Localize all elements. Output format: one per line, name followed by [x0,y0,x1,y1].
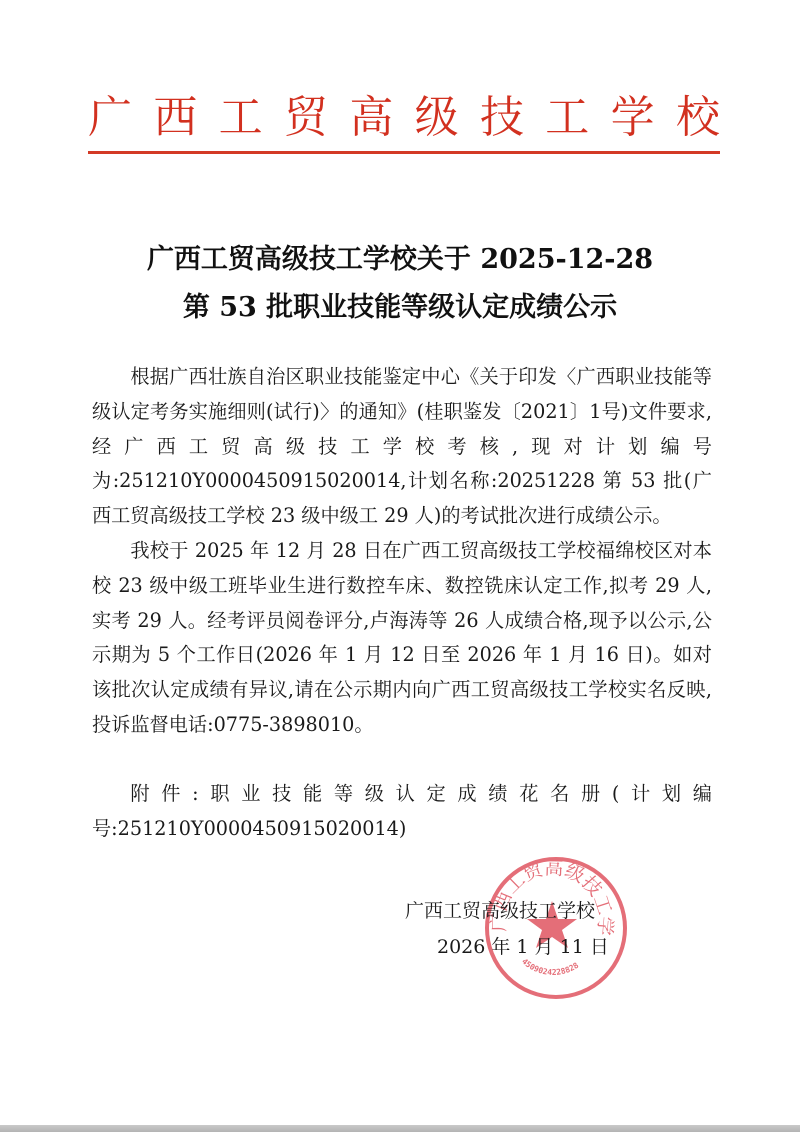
paragraph-details: 我校于 2025 年 12 月 28 日在广西工贸高级技工学校福绵校区对本校 2… [92,534,712,743]
letterhead-char: 高 [349,92,393,144]
letterhead-char: 贸 [284,92,328,144]
letterhead-char: 学 [611,92,655,144]
attachment-note: 附件:职业技能等级认定成绩花名册(计划编号:251210Y00004509150… [92,777,712,847]
letterhead-char: 广 [88,92,132,144]
letterhead-divider [88,151,720,154]
signature-block: 广西工贸高级技工学校 2026 年 1 月 11 日 [405,893,635,965]
title-line-1: 广西工贸高级技工学校关于 2025-12-28 [0,236,800,284]
letterhead-char: 工 [219,92,263,144]
letterhead-char: 技 [480,92,524,144]
document-body: 根据广西壮族自治区职业技能鉴定中心《关于印发〈广西职业技能等级认定考务实施细则(… [92,360,712,846]
letterhead-char: 工 [545,92,589,144]
letterhead-org-name: 广 西 工 贸 高 级 技 工 学 校 [88,92,720,144]
letterhead-char: 级 [415,92,459,144]
document-title: 广西工贸高级技工学校关于 2025-12-28 第 53 批职业技能等级认定成绩… [0,236,800,332]
spacer [92,743,712,777]
scan-bottom-edge [0,1125,800,1132]
letterhead-char: 校 [676,92,720,144]
letterhead-char: 西 [153,92,197,144]
paragraph-basis: 根据广西壮族自治区职业技能鉴定中心《关于印发〈广西职业技能等级认定考务实施细则(… [92,360,712,534]
title-line-2: 第 53 批职业技能等级认定成绩公示 [0,284,800,332]
signature-org: 广西工贸高级技工学校 [405,893,635,929]
signature-date: 2026 年 1 月 11 日 [405,929,635,965]
